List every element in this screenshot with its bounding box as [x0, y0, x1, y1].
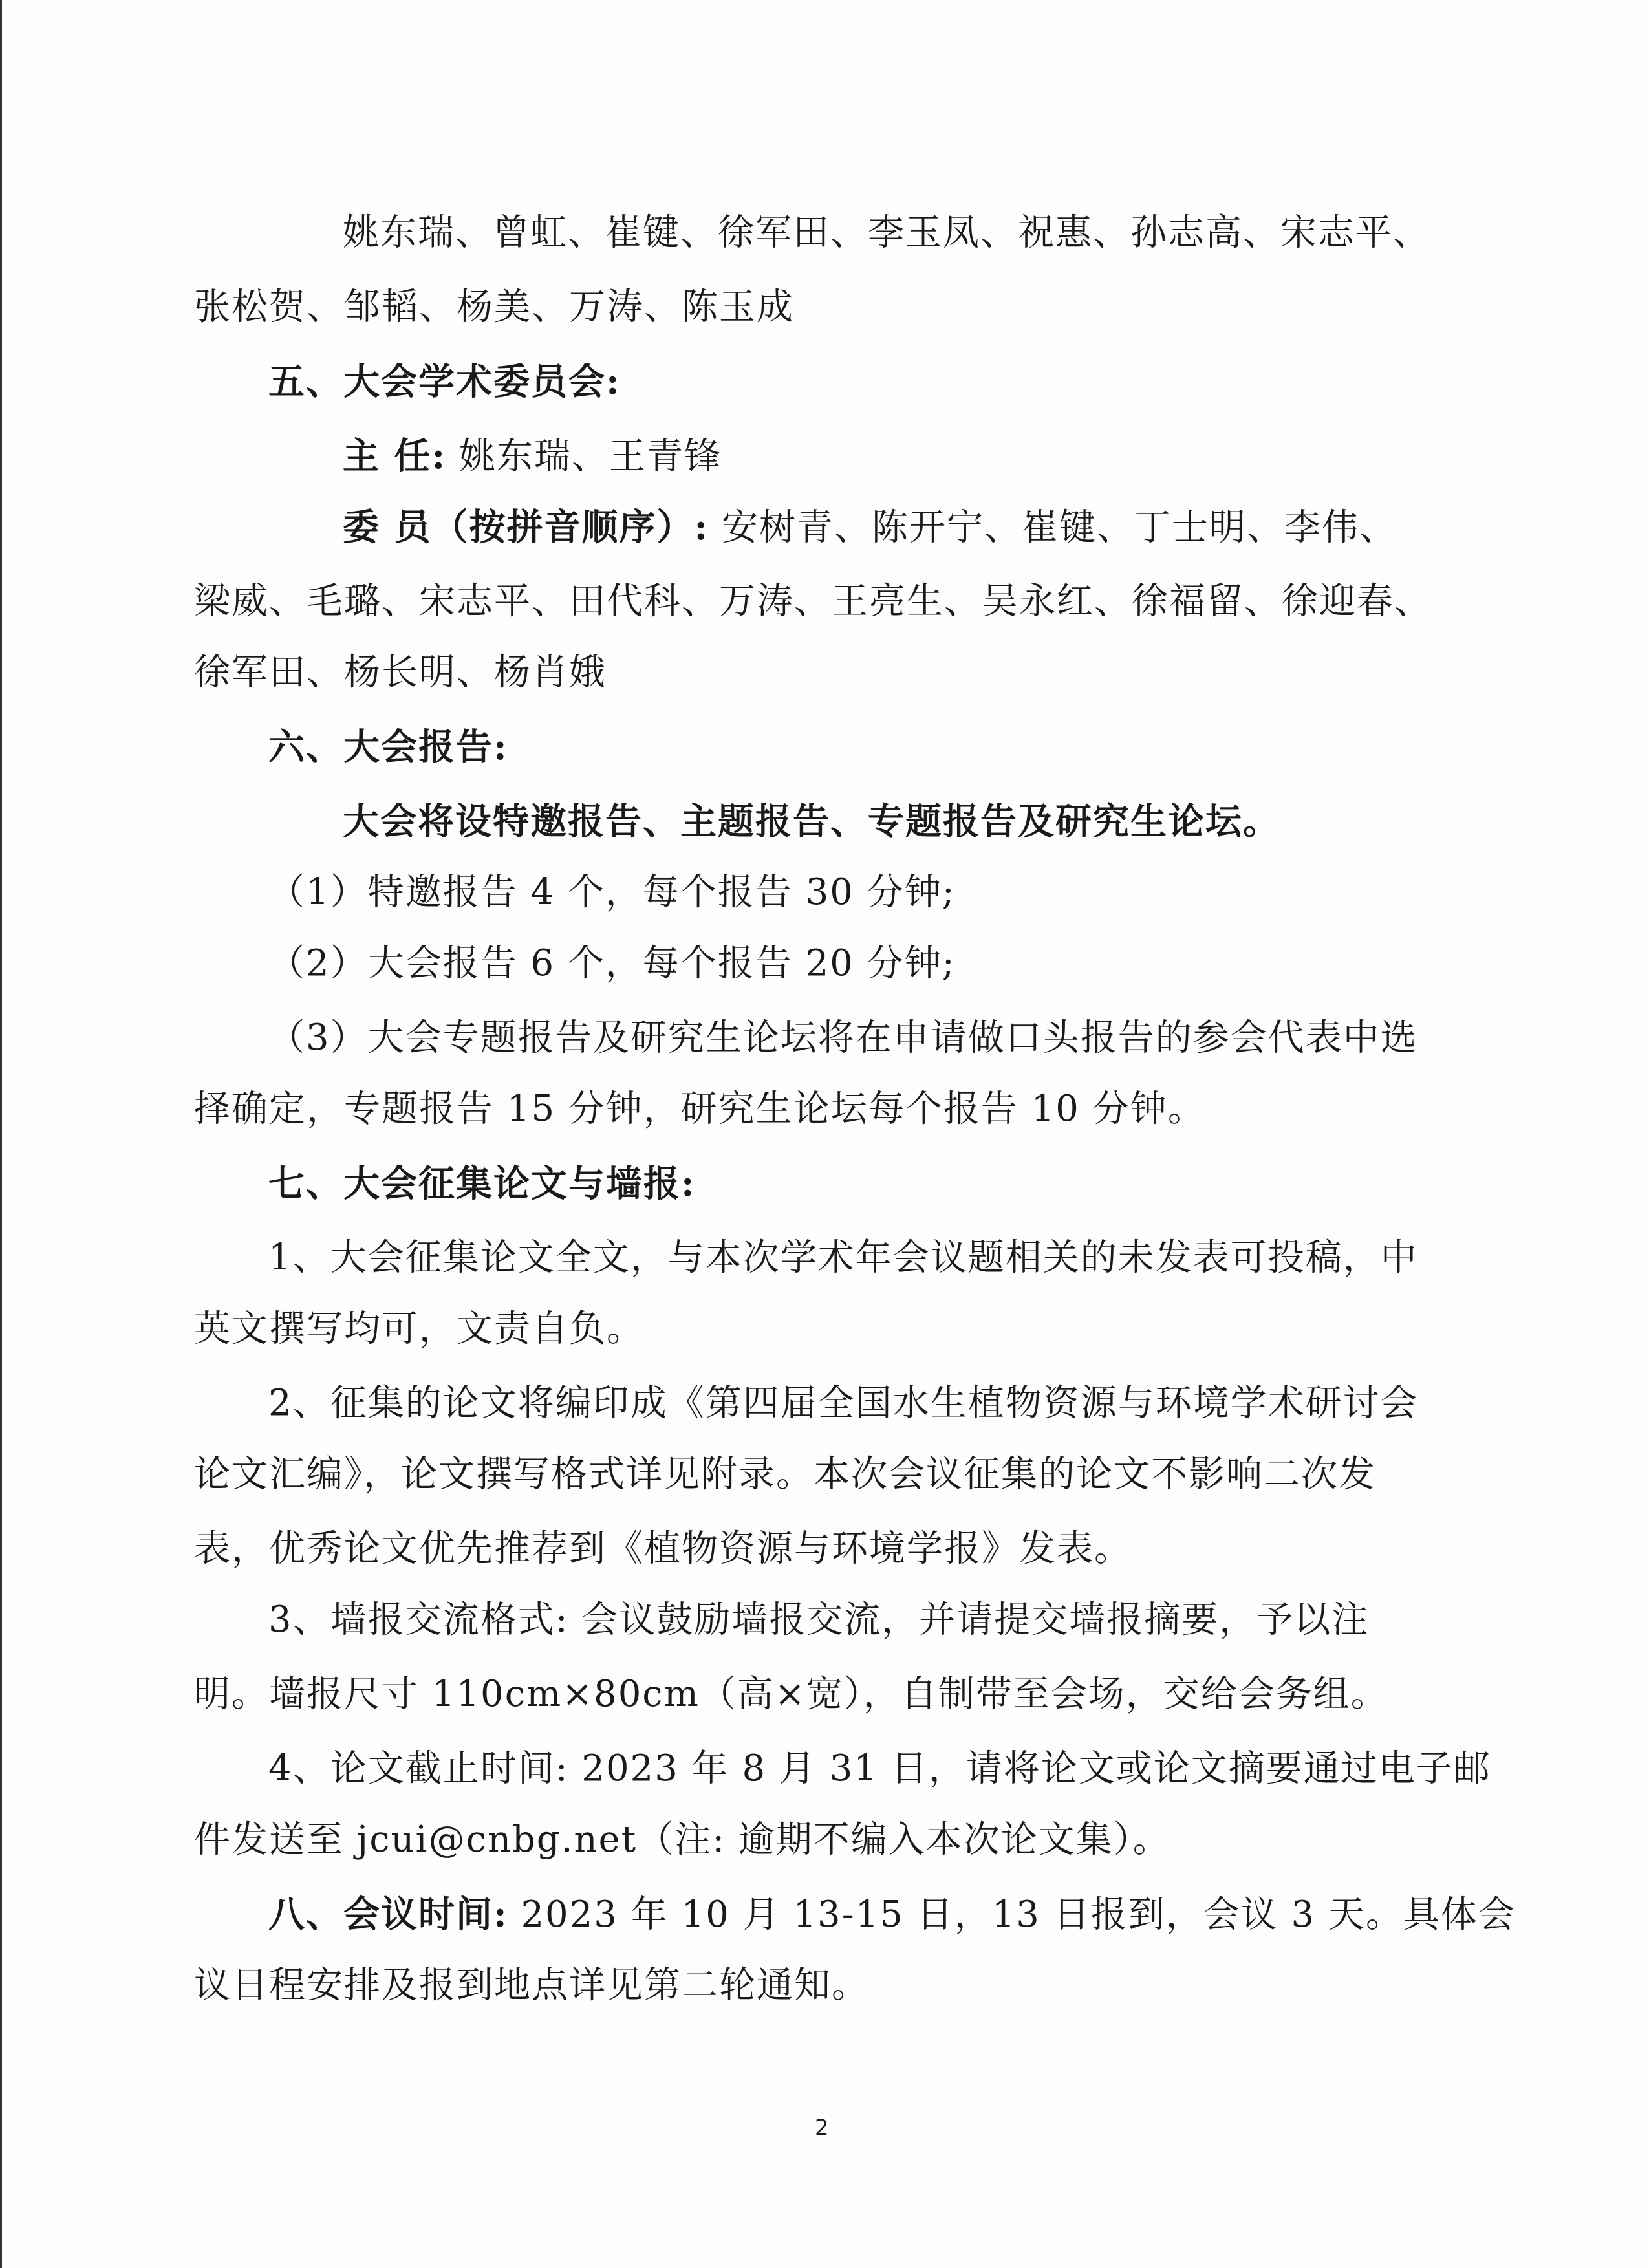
meeting-time-text: 2023 年 10 月 13-15 日，13 日报到，会议 3 天。具体会: [508, 1894, 1516, 1936]
paper-call-1-line-1: 1、大会征集论文全文，与本次学术年会议题相关的未发表可投稿，中: [268, 1235, 1418, 1280]
meeting-time-line-1: 八、会议时间: 2023 年 10 月 13-15 日，13 日报到，会议 3 …: [268, 1892, 1516, 1938]
deadline-suffix: （注: 逾期不编入本次论文集）。: [637, 1819, 1170, 1861]
contact-email-link[interactable]: jcui@cnbg.net: [357, 1819, 637, 1861]
report-intro: 大会将设特邀报告、主题报告、专题报告及研究生论坛。: [343, 799, 1280, 844]
deadline-line-1: 4、论文截止时间: 2023 年 8 月 31 日，请将论文或论文摘要通过电子邮: [268, 1746, 1491, 1791]
organizing-members-line-2: 张松贺、邹韬、杨美、万涛、陈玉成: [194, 285, 794, 330]
scan-edge-line: [0, 0, 2, 2268]
paper-call-2-line-1: 2、征集的论文将编印成《第四届全国水生植物资源与环境学术研讨会: [268, 1381, 1418, 1426]
chair-names: 姚东瑞、王青锋: [459, 435, 722, 477]
deadline-prefix: 件发送至: [194, 1819, 357, 1861]
paper-call-1-line-2: 英文撰写均可，文责自负。: [194, 1306, 644, 1352]
section-7-heading: 七、大会征集论文与墙报:: [268, 1161, 696, 1206]
academic-committee-chair: 主 任: 姚东瑞、王青锋: [343, 433, 722, 479]
chair-label: 主 任:: [343, 435, 446, 477]
meeting-time-line-2: 议日程安排及报到地点详见第二轮通知。: [194, 1963, 869, 2008]
members-names-1: 安树青、陈开宁、崔键、丁士明、李伟、: [722, 506, 1397, 548]
section-6-heading: 六、大会报告:: [268, 724, 508, 770]
academic-committee-members-line-2: 梁威、毛璐、宋志平、田代科、万涛、王亮生、吴永红、徐福留、徐迎春、: [194, 579, 1432, 624]
report-item-1: （1）特邀报告 4 个，每个报告 30 分钟;: [268, 870, 956, 915]
academic-committee-members-line-1: 委 员（按拼音顺序）: 安树青、陈开宁、崔键、丁士明、李伟、: [343, 504, 1397, 550]
members-label: 委 员（按拼音顺序）:: [343, 506, 709, 548]
deadline-line-2: 件发送至 jcui@cnbg.net（注: 逾期不编入本次论文集）。: [194, 1817, 1170, 1863]
report-item-3-line-2: 择确定，专题报告 15 分钟，研究生论坛每个报告 10 分钟。: [194, 1086, 1205, 1132]
academic-committee-members-line-3: 徐军田、杨长明、杨肖娥: [194, 650, 607, 695]
page-number: 2: [815, 2115, 829, 2141]
paper-call-2-line-3: 表，优秀论文优先推荐到《植物资源与环境学报》发表。: [194, 1526, 1132, 1571]
section-5-heading: 五、大会学术委员会:: [268, 359, 621, 404]
report-item-3-line-1: （3）大会专题报告及研究生论坛将在申请做口头报告的参会代表中选: [268, 1015, 1418, 1061]
section-8-heading: 八、会议时间:: [268, 1893, 508, 1936]
organizing-members-line-1: 姚东瑞、曾虹、崔键、徐军田、李玉凤、祝惠、孙志高、宋志平、: [343, 210, 1430, 255]
poster-format-line-2: 明。墙报尺寸 110cm×80cm（高×宽），自制带至会场，交给会务组。: [194, 1672, 1388, 1717]
poster-format-line-1: 3、墙报交流格式: 会议鼓励墙报交流，并请提交墙报摘要，予以注: [268, 1597, 1369, 1643]
report-item-2: （2）大会报告 6 个，每个报告 20 分钟;: [268, 941, 956, 986]
paper-call-2-line-2: 论文汇编》，论文撰写格式详见附录。本次会议征集的论文不影响二次发: [194, 1452, 1376, 1497]
